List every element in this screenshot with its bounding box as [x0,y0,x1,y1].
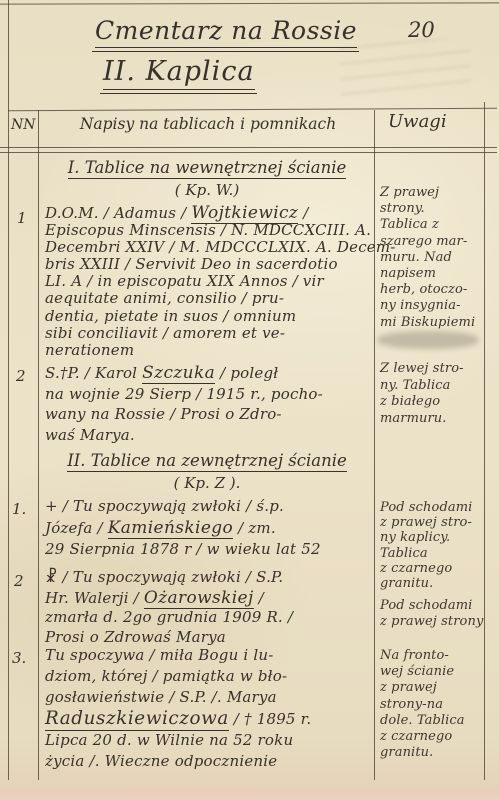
section-2-heading: II. Tablice na zewnętrznej ścianie [42,451,372,472]
inscription-text: / [254,589,264,607]
section-1-subheading: ( Kp. W.) [42,181,372,199]
entry-1-2-remark: Z lewej stro- ny. Tablica z białego marm… [380,361,486,427]
inscription-line: Raduszkiewiczowa / † 1895 r. [45,708,311,730]
left-border-line [8,0,9,780]
entry-1-2-number: 2 [16,367,26,385]
top-border-line [0,2,499,5]
surname-underlined: Raduszkiewiczowa [45,708,229,731]
inscription-line: dziom, której / pamiątka w bło- [45,666,311,687]
inscription-line: sibi conciliavit / amorem et ve- [45,325,396,342]
entry-2-3-remark: Na fronto- wej ścianie z prawej strony-n… [380,648,488,761]
entry-2-1-inscription: + / Tu spoczywają zwłoki / ś.p. Józefa /… [45,496,321,560]
entry-2-1-remark: Pod schodami z prawej stro- ny kaplicy. … [380,500,486,591]
ink-smudge [377,331,479,349]
entry-1-1-inscription: D.O.M. / Adamus / Wojtkiewicz / Episcopu… [45,204,396,359]
inscription-text: / poległ [215,364,278,382]
surname-underlined: Ożarowskiej [144,587,254,609]
inscription-line: życia /. Wieczne odpocznienie [45,751,311,772]
inscription-text: S.†P. / Karol [45,364,142,382]
inscription-line: na wojnie 29 Sierp / 1915 r., pocho- [45,384,323,405]
inscription-line: aequitate animi, consilio / pru- [45,290,396,307]
entry-1-2-inscription: S.†P. / Karol Szczuka / poległ na wojnie… [45,362,323,445]
inscription-line: zmarła d. 2go grudnia 1909 R. / [45,608,293,628]
chi-rho-icon: ☧ [45,567,58,586]
entry-2-2-number: 2 [14,572,24,590]
section-2-heading-text: II. Tablice na zewnętrznej ścianie [67,451,347,472]
inscription-text: / zm. [233,519,276,537]
inscription-line: nerationem [45,342,396,359]
scan-edge [0,784,499,800]
entry-2-2-remark: Pod schodami z prawej strony [380,598,486,630]
inscription-text: / [298,204,308,222]
manuscript-page: Cmentarz na Rossie II. Kaplica 20 NN Nap… [0,0,499,800]
column-header-nn: NN [11,117,36,133]
inscription-text: D.O.M. / Adamus / [45,204,191,222]
surname-underlined: Kamieńskiego [108,517,233,539]
section-1-heading: I. Tablice na wewnętrznej ścianie [42,158,372,179]
inscription-line: gosławieństwie / S.P. /. Marya [45,687,311,708]
header-bottom-line-2 [0,152,497,153]
inscription-line: Hr. Walerji / Ożarowskiej / [45,588,293,609]
inscription-text: / Tu spoczywają zwłoki / S.P. [58,568,284,586]
inscription-line: dentia, pietate in suos / omnium [45,308,396,325]
inscription-line: Decembri XXIV / M. MDCCCLXIX. A. Decem- [45,239,396,256]
inscription-line: waś Marya. [45,425,323,446]
inscription-line: ☧ / Tu spoczywają zwłoki / S.P. [45,567,293,588]
entry-2-1-number: 1. [12,500,26,518]
inscription-line: Episcopus Minscensis / N. MDCCXCIII. A. [45,222,396,239]
bleedthrough-ghost-top [339,38,471,98]
inscription-line: Józefa / Kamieńskiego / zm. [45,517,321,539]
column-header-remarks: Uwagi [388,111,447,132]
surname-underlined: Szczuka [142,362,215,384]
inscription-line: Lipca 20 d. w Wilnie na 52 roku [45,730,311,751]
inscription-line: + / Tu spoczywają zwłoki / ś.p. [45,496,321,517]
inscription-line: S.†P. / Karol Szczuka / poległ [45,362,323,384]
section-1-heading-text: I. Tablice na wewnętrznej ścianie [68,158,347,179]
header-bottom-line-1 [0,147,497,148]
page-title: Cmentarz na Rossie [95,16,357,48]
inscription-line: LI. A / in episcopatu XIX Annos / vir [45,273,396,290]
inscription-text: Hr. Walerji / [45,589,144,607]
entry-2-3-inscription: Tu spoczywa / miła Bogu i lu- dziom, któ… [45,645,311,772]
inscription-text: Józefa / [45,519,108,537]
entry-2-3-number: 3. [12,649,26,667]
column-header-inscriptions: Napisy na tablicach i pomnikach [48,115,368,133]
section-2-subheading: ( Kp. Z ). [42,474,372,492]
inscription-line: wany na Rossie / Prosi o Zdro- [45,404,323,425]
inscription-line: Tu spoczywa / miła Bogu i lu- [45,645,311,666]
nn-column-line [38,110,39,780]
entry-2-2-inscription: ☧ / Tu spoczywają zwłoki / S.P. Hr. Wale… [45,567,293,647]
inscription-text: / † 1895 r. [229,710,312,728]
page-subtitle: II. Kaplica [103,56,255,90]
inscription-line: D.O.M. / Adamus / Wojtkiewicz / [45,204,396,222]
inscription-line: bris XXIII / Servivit Deo in sacerdotio [45,256,396,273]
inscription-line: 29 Sierpnia 1878 r / w wieku lat 52 [45,539,321,560]
page-title-text: Cmentarz na Rossie [95,16,357,48]
entry-1-1-number: 1 [17,209,27,227]
entry-1-1-remark: Z prawej strony. Tablica z szarego mar- … [380,185,486,331]
page-subtitle-text: II. Kaplica [103,56,255,90]
